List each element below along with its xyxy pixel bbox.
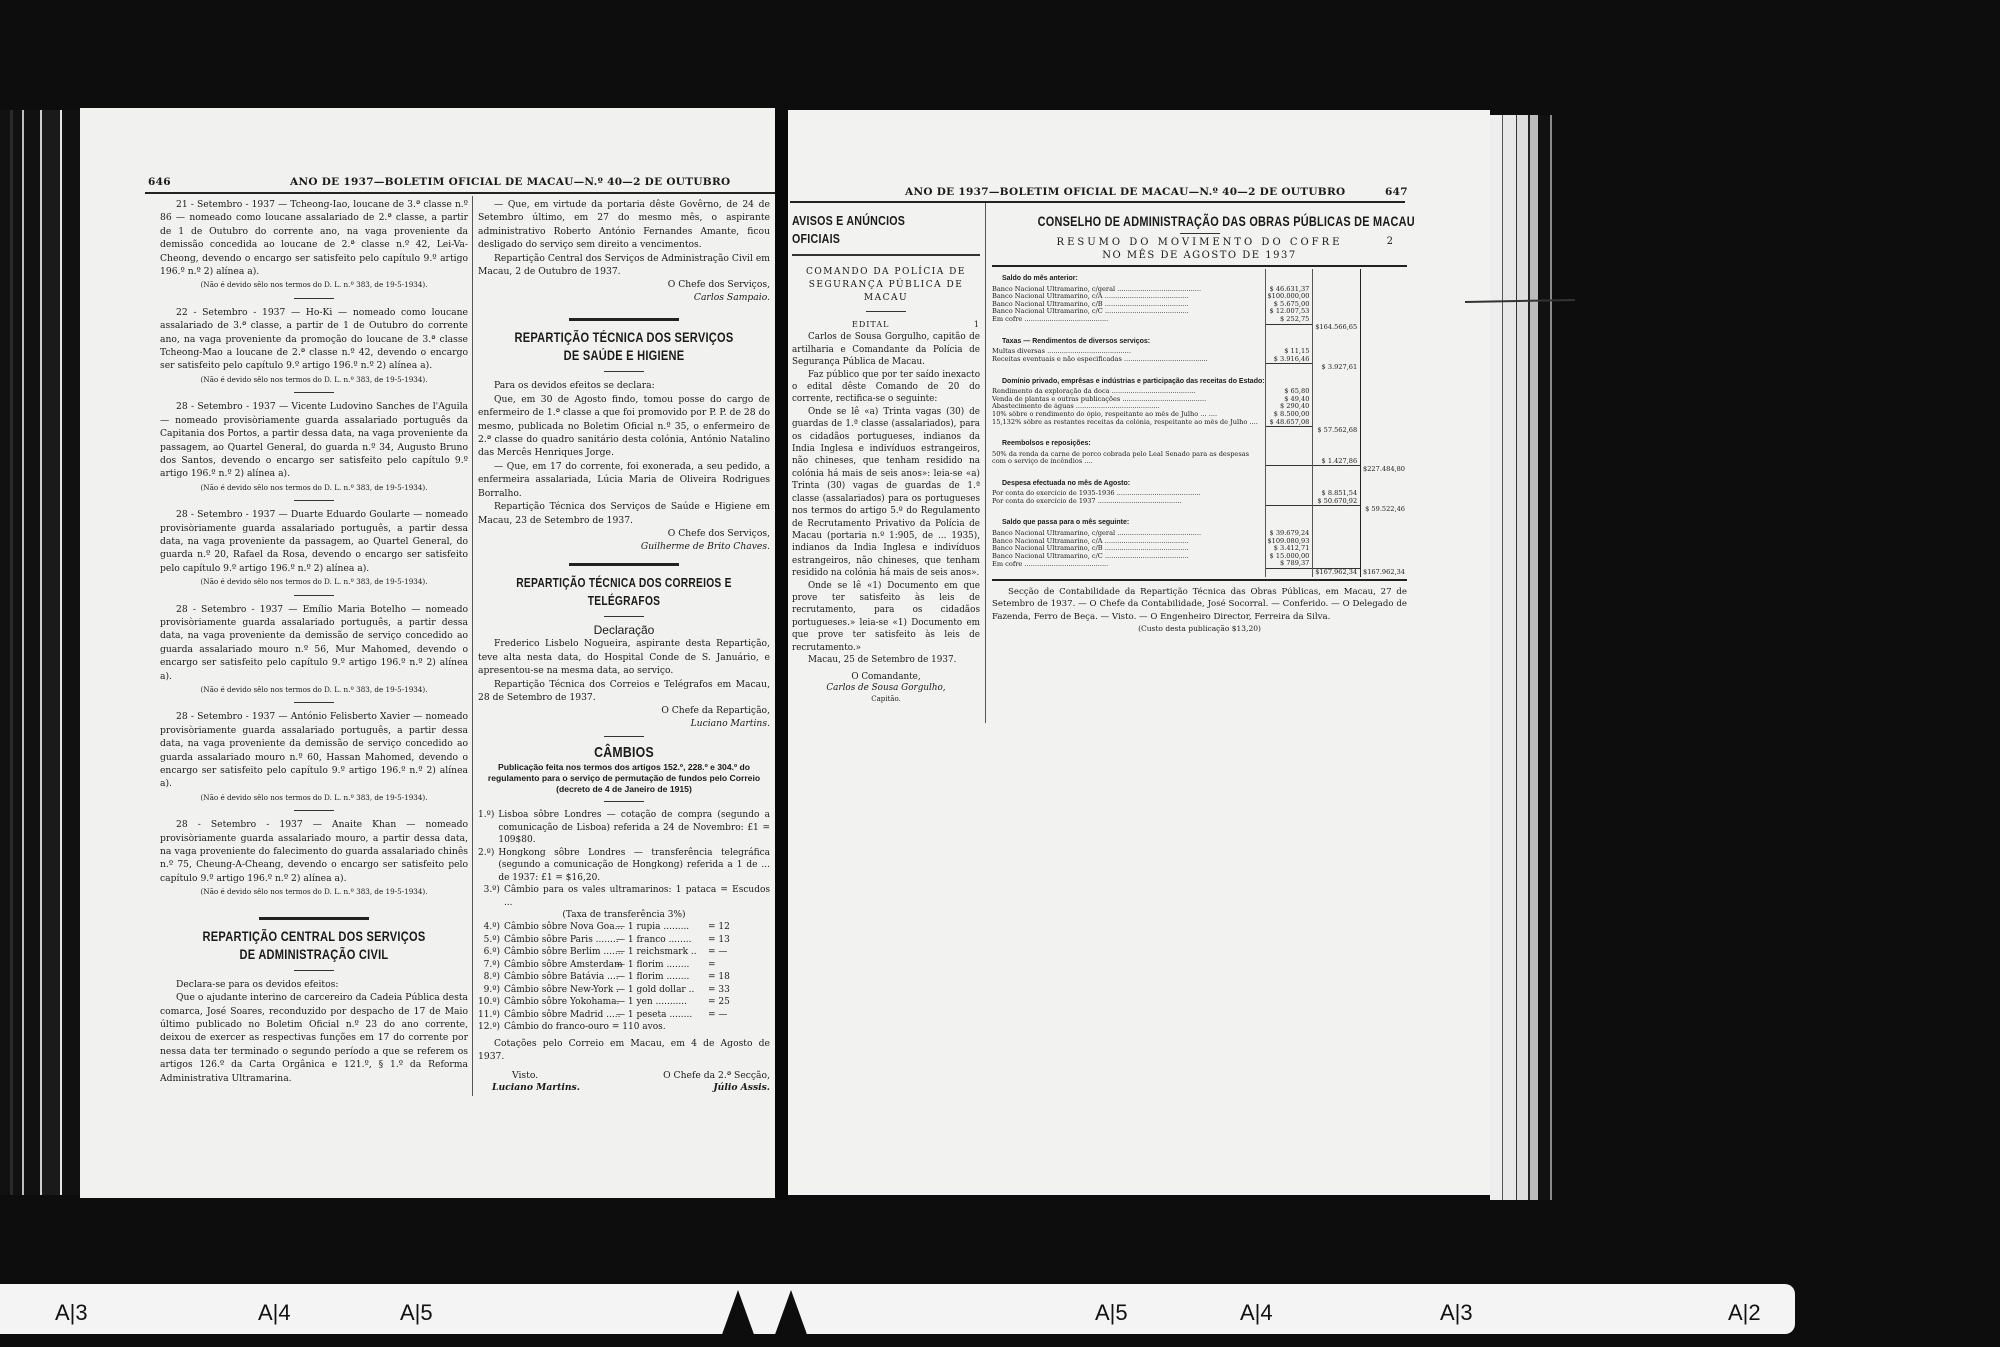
ledger-subtotal <box>1313 403 1361 411</box>
ledger-subtotal <box>1313 513 1361 530</box>
visto-block: Visto. Luciano Martins. <box>478 1070 580 1094</box>
ledger-label: Rendimento da exploração da doca .......… <box>992 388 1265 396</box>
cambio-item: 12.º)Câmbio do franco-ouro = 110 avos. <box>478 1021 770 1034</box>
cambios-subtitle: Publicação feita nos termos dos artigos … <box>478 762 770 795</box>
ledger-total <box>1361 388 1407 396</box>
ledger-total <box>1361 269 1407 286</box>
signature-title: O Chefe dos Serviços, <box>478 278 770 291</box>
ledger-total <box>1361 332 1407 349</box>
appointment-entry: 28 - Setembro - 1937 — Duarte Eduardo Go… <box>160 508 468 575</box>
ledger-subtotal <box>1313 293 1361 301</box>
ledger-total <box>1361 427 1407 435</box>
ledger-total <box>1361 324 1407 332</box>
ledger-label: Banco Nacional Ultramarino, c/C ........… <box>992 553 1265 561</box>
ledger-group-heading: Saldo do mês anterior: <box>992 269 1407 286</box>
ledger-amount <box>1265 332 1313 349</box>
ledger-total <box>1361 474 1407 491</box>
film-marker: A|2 <box>1728 1300 1761 1326</box>
ledger-subtotal: $ 57.562,68 <box>1313 427 1361 435</box>
ledger-subtotal <box>1313 372 1361 389</box>
ledger-total <box>1361 286 1407 294</box>
rate-row: 10.º)Câmbio sôbre Yokohama.— 1 yen .....… <box>478 996 770 1009</box>
separator <box>294 810 334 811</box>
ledger-total <box>1361 513 1407 530</box>
signature-block: O Chefe da Repartição, Luciano Martins. <box>478 704 770 730</box>
ledger-total <box>1361 403 1407 411</box>
ledger-total <box>1361 308 1407 316</box>
column-divider <box>472 196 473 1096</box>
ledger-total <box>1361 348 1407 356</box>
ledger-label <box>992 506 1265 514</box>
stamp-note: (Não é devido sêlo nos termos do D. L. n… <box>160 373 468 386</box>
paragraph: Para os devidos efeitos se declara: <box>478 379 770 392</box>
rate-row: 9.º)Câmbio sôbre New-York .— 1 gold doll… <box>478 984 770 997</box>
ledger-amount <box>1265 372 1313 389</box>
cambio-item: 1.º)Lisboa sôbre Londres — cotação de co… <box>478 809 770 847</box>
ledger-label: Banco Nacional Ultramarino, c/B ........… <box>992 301 1265 309</box>
film-marker: A|4 <box>1240 1300 1273 1326</box>
signature-title: O Chefe dos Serviços, <box>478 527 770 540</box>
ledger-amount <box>1265 269 1313 286</box>
ledger-subtotal-row: $227.484,80 <box>992 466 1407 474</box>
resumo-number: 2 <box>1387 236 1393 247</box>
ledger-subtotal <box>1313 388 1361 396</box>
ledger-subtotal <box>1313 474 1361 491</box>
separator <box>604 616 644 617</box>
ledger-label: Domínio privado, emprêsas e indústrias e… <box>992 372 1265 389</box>
left-running-header: ANO DE 1937—BOLETIM OFICIAL DE MACAU—N.º… <box>290 176 730 188</box>
subsection-title: COMANDO DA POLÍCIA DE <box>792 266 980 279</box>
ledger-subtotal: $164.566,65 <box>1313 324 1361 332</box>
separator <box>294 702 334 703</box>
publication-cost: (Custo desta publicação $13,20) <box>992 623 1407 636</box>
ledger-total <box>1361 419 1407 427</box>
separator <box>604 371 644 372</box>
section-title: DE ADMINISTRAÇÃO CIVIL <box>188 946 441 964</box>
ledger-row: Banco Nacional Ultramarino, c/A ........… <box>992 538 1407 546</box>
ledger-row: Banco Nacional Ultramarino, c/C ........… <box>992 553 1407 561</box>
ledger-group-heading: Taxas — Rendimentos de diversos serviços… <box>992 332 1407 349</box>
ledger-row: 10% sôbre o rendimento do ópio, respeita… <box>992 411 1407 419</box>
ledger-amount: $ 252,75 <box>1265 316 1313 324</box>
ledger-subtotal-row: $ 57.562,68 <box>992 427 1407 435</box>
rate-row: 4.º)Câmbio sôbre Nova Goa...— 1 rupia ..… <box>478 921 770 934</box>
ledger-subtotal <box>1313 348 1361 356</box>
signature-name: Carlos Sampaio. <box>694 292 770 303</box>
ledger-group-heading: Domínio privado, emprêsas e indústrias e… <box>992 372 1407 389</box>
signature-name: Luciano Martins. <box>691 718 770 729</box>
section-separator <box>259 917 369 920</box>
rate-row: 6.º)Câmbio sôbre Berlim .......— 1 reich… <box>478 946 770 959</box>
ledger-total: $167.962,34 <box>1361 569 1407 577</box>
ledger-table: Saldo do mês anterior:Banco Nacional Ult… <box>992 269 1407 577</box>
ledger-subtotal <box>1313 553 1361 561</box>
ledger-subtotal: $167.962,34 <box>1313 569 1361 577</box>
film-marker: A|5 <box>1095 1300 1128 1326</box>
ledger-group-heading: Saldo que passa para o mês seguinte: <box>992 513 1407 530</box>
ledger-label: Saldo que passa para o mês seguinte: <box>992 513 1265 530</box>
ledger-label: Banco Nacional Ultramarino, c/A ........… <box>992 538 1265 546</box>
column-divider <box>985 203 986 723</box>
ledger-group-heading: Reembolsos e reposições: <box>992 434 1407 451</box>
film-marker: A|3 <box>1440 1300 1473 1326</box>
ledger-subtotal <box>1313 286 1361 294</box>
paragraph: Carlos de Sousa Gorgulho, capitão de art… <box>792 331 980 368</box>
right-running-header: ANO DE 1937—BOLETIM OFICIAL DE MACAU—N.º… <box>905 186 1345 198</box>
ledger-total <box>1361 372 1407 389</box>
ledger-subtotal <box>1313 538 1361 546</box>
edital-heading: EDITAL1 <box>792 319 980 331</box>
ledger-subtotal: $ 3.927,61 <box>1313 364 1361 372</box>
appointment-entry: 28 - Setembro - 1937 — Vicente Ludovino … <box>160 400 468 480</box>
ledger-subtotal <box>1313 411 1361 419</box>
stamp-note: (Não é devido sêlo nos termos do D. L. n… <box>160 791 468 804</box>
ledger-subtotal <box>1313 332 1361 349</box>
ledger-label: Por conta do exercício de 1937 .........… <box>992 498 1265 506</box>
separator <box>294 500 334 501</box>
declaration-body: Que o ajudante interino de carcereiro da… <box>160 991 468 1085</box>
paragraph: Repartição Técnica dos Serviços de Saúde… <box>478 500 770 527</box>
ledger-amount <box>1265 451 1313 466</box>
section-title: CÂMBIOS <box>504 744 743 762</box>
avisos-column: AVISOS E ANÚNCIOS OFICIAIS COMANDO DA PO… <box>792 212 980 705</box>
ledger-subtotal: $ 1.427,86 <box>1313 451 1361 466</box>
section-title: CONSELHO DE ADMINISTRAÇÃO DAS OBRAS PÚBL… <box>1038 212 1362 230</box>
separator <box>294 392 334 393</box>
right-page-number: 647 <box>1385 186 1408 198</box>
ledger-subtotal-row: $ 3.927,61 <box>992 364 1407 372</box>
ledger-label <box>992 466 1265 474</box>
ledger-amount <box>1265 434 1313 451</box>
subsection-title: SEGURANÇA PÚBLICA DE MACAU <box>792 279 980 305</box>
stamp-note: (Não é devido sêlo nos termos do D. L. n… <box>160 481 468 494</box>
section-title: REPARTIÇÃO CENTRAL DOS SERVIÇOS <box>188 928 441 946</box>
paragraph: Faz público que por ter saído inexacto o… <box>792 369 980 406</box>
paragraph: Onde se lê «a) Trinta vagas (30) de guar… <box>792 406 980 580</box>
ledger-subtotal <box>1313 396 1361 404</box>
paragraph: — Que, em 17 do corrente, foi exonerada,… <box>478 460 770 500</box>
ledger-label <box>992 569 1265 577</box>
ledger-subtotal <box>1313 434 1361 451</box>
stamp-note: (Não é devido sêlo nos termos do D. L. n… <box>160 575 468 588</box>
ledger-amount: $ 48.657,08 <box>1265 419 1313 427</box>
ledger-total <box>1361 411 1407 419</box>
ledger-row: Abastecimento de águas .................… <box>992 403 1407 411</box>
film-marker: A|5 <box>400 1300 433 1326</box>
ledger-label: Banco Nacional Ultramarino, c/geral ....… <box>992 286 1265 294</box>
separator <box>294 595 334 596</box>
ledger-amount <box>1265 427 1313 435</box>
ledger-subtotal <box>1313 530 1361 538</box>
ledger-row: Rendimento da exploração da doca .......… <box>992 388 1407 396</box>
ledger-row: Banco Nacional Ultramarino, c/B ........… <box>992 301 1407 309</box>
ledger-total <box>1361 451 1407 466</box>
film-marker: A|4 <box>258 1300 291 1326</box>
ledger-label: 15,132% sôbre as restantes receitas da c… <box>992 419 1265 427</box>
ledger-subtotal <box>1313 308 1361 316</box>
ledger-label <box>992 364 1265 372</box>
ledger-subtotal <box>1313 506 1361 514</box>
header-rule <box>145 192 775 194</box>
left-page-number: 646 <box>148 176 171 188</box>
ledger-row: Banco Nacional Ultramarino, c/geral ....… <box>992 286 1407 294</box>
ledger-amount <box>1265 364 1313 372</box>
ledger-row: Banco Nacional Ultramarino, c/A ........… <box>992 293 1407 301</box>
ledger-row: Multas diversas ........................… <box>992 348 1407 356</box>
subheading: Declaração <box>478 624 770 637</box>
signature-block: O Chefe dos Serviços, Carlos Sampaio. <box>478 278 770 304</box>
signature-name: Guilherme de Brito Chaves. <box>641 541 770 552</box>
appointment-entry: 28 - Setembro - 1937 — António Felisbert… <box>160 710 468 790</box>
declaration-intro: Declara-se para os devidos efeitos: <box>160 978 468 991</box>
ledger-subtotal <box>1313 545 1361 553</box>
ledger-label: Banco Nacional Ultramarino, c/B ........… <box>992 545 1265 553</box>
ledger-total <box>1361 434 1407 451</box>
ledger-total <box>1361 490 1407 498</box>
resumo-title: RESUMO DO MOVIMENTO DO COFRE <box>992 236 1407 249</box>
ledger-label: Em cofre ...............................… <box>992 560 1265 568</box>
ledger-label: Por conta do exercício de 1935-1936 ....… <box>992 490 1265 498</box>
rate-row: 7.º)Câmbio sôbre Amsterdam— 1 florim ...… <box>478 959 770 972</box>
signature-title: O Chefe da Repartição, <box>478 704 770 717</box>
resumo-subtitle: NO MÊS DE AGOSTO DE 1937 <box>992 249 1407 262</box>
footer-attestation: Secção de Contabilidade da Repartição Té… <box>992 586 1407 624</box>
paragraph: Cotações pelo Correio em Macau, em 4 de … <box>478 1037 770 1064</box>
separator <box>294 298 334 299</box>
date-line: Macau, 25 de Setembro de 1937. <box>792 654 980 666</box>
signature-block: O Chefe dos Serviços, Guilherme de Brito… <box>478 527 770 553</box>
ledger-total <box>1361 301 1407 309</box>
ledger-total <box>1361 538 1407 546</box>
appointment-entry: 21 - Setembro - 1937 — Tcheong-Iao, louc… <box>160 198 468 278</box>
rate-row: 8.º)Câmbio sôbre Batávia ....— 1 florim … <box>478 971 770 984</box>
paragraph: — Que, em virtude da portaria dêste Govê… <box>478 198 770 252</box>
section-title: REPARTIÇÃO TÉCNICA DOS SERVIÇOS <box>504 329 743 347</box>
ledger-group-heading: Despesa efectuada no mês de Agosto: <box>992 474 1407 491</box>
rate-row: 5.º)Câmbio sôbre Paris ........— 1 franc… <box>478 934 770 947</box>
ledger-amount <box>1265 506 1313 514</box>
ledger-row: Banco Nacional Ultramarino, c/C ........… <box>992 308 1407 316</box>
section-separator <box>569 318 679 321</box>
ledger-label: 50% da renda da carne de porco cobrada p… <box>992 451 1265 466</box>
ledger-label <box>992 427 1265 435</box>
ledger-subtotal-row: $ 59.522,46 <box>992 506 1407 514</box>
separator <box>866 311 906 312</box>
ledger-row: Por conta do exercício de 1937 .........… <box>992 498 1407 506</box>
ledger-amount <box>1265 569 1313 577</box>
ledger-subtotal <box>1313 269 1361 286</box>
section-title: DE SAÚDE E HIGIENE <box>504 347 743 365</box>
ledger-subtotal <box>1313 466 1361 474</box>
appointment-entry: 22 - Setembro - 1937 — Ho-Ki — nomeado c… <box>160 306 468 373</box>
ledger-amount <box>1265 324 1313 332</box>
paragraph: Frederico Lisbelo Nogueira, aspirante de… <box>478 637 770 677</box>
ledger-label: Multas diversas ........................… <box>992 348 1265 356</box>
signature-block: O Chefe da 2.ª Secção, Júlio Assis. <box>663 1070 770 1094</box>
ledger-total <box>1361 356 1407 364</box>
ledger-subtotal-row: $164.566,65 <box>992 324 1407 332</box>
conselho-section: CONSELHO DE ADMINISTRAÇÃO DAS OBRAS PÚBL… <box>992 212 1407 636</box>
section-separator <box>569 563 679 566</box>
ledger-total <box>1361 545 1407 553</box>
ledger-label: Em cofre ...............................… <box>992 316 1265 324</box>
ledger-label: Abastecimento de águas .................… <box>992 403 1265 411</box>
ledger-row: Banco Nacional Ultramarino, c/geral ....… <box>992 530 1407 538</box>
ledger-total <box>1361 553 1407 561</box>
ledger-amount <box>1265 474 1313 491</box>
film-notch <box>773 1290 809 1340</box>
ledger-label: 10% sôbre o rendimento do ópio, respeita… <box>992 411 1265 419</box>
ledger-subtotal: $ 50.670,92 <box>1313 498 1361 506</box>
section-title: REPARTIÇÃO TÉCNICA DOS CORREIOS E TELÉGR… <box>504 574 743 610</box>
separator <box>604 736 644 737</box>
ledger-row: 50% da renda da carne de porco cobrada p… <box>992 451 1407 466</box>
ledger-subtotal-row: $167.962,34$167.962,34 <box>992 569 1407 577</box>
ledger-label: Venda de plantas e outras publicações ..… <box>992 396 1265 404</box>
stamp-note: (Não é devido sêlo nos termos do D. L. n… <box>160 885 468 898</box>
ledger-amount <box>1265 513 1313 530</box>
ledger-total: $227.484,80 <box>1361 466 1407 474</box>
cambio-item: 3.º)Câmbio para os vales ultramarinos: 1… <box>478 884 770 909</box>
rate-row: 11.º)Câmbio sôbre Madrid .....— 1 peseta… <box>478 1009 770 1022</box>
cambio-item: 2.º)Hongkong sôbre Londres — transferênc… <box>478 847 770 885</box>
ledger-total <box>1361 316 1407 324</box>
left-column-2: — Que, em virtude da portaria dêste Govê… <box>478 198 770 1094</box>
signature-block: O Comandante, Carlos de Sousa Gorgulho, … <box>792 672 980 705</box>
film-marker: A|3 <box>55 1300 88 1326</box>
section-title: AVISOS E ANÚNCIOS OFICIAIS <box>792 212 946 248</box>
ledger-row: Venda de plantas e outras publicações ..… <box>992 396 1407 404</box>
appointment-entry: 28 - Setembro - 1937 — Anaite Khan — nom… <box>160 818 468 885</box>
ledger-label: Banco Nacional Ultramarino, c/C ........… <box>992 308 1265 316</box>
left-column-1: 21 - Setembro - 1937 — Tcheong-Iao, louc… <box>160 198 468 1085</box>
ledger-label: Saldo do mês anterior: <box>992 269 1265 286</box>
ledger-amount <box>1265 490 1313 498</box>
stamp-note: (Não é devido sêlo nos termos do D. L. n… <box>160 683 468 696</box>
ledger-label: Receitas eventuais e não especificadas .… <box>992 356 1265 364</box>
ledger-amount <box>1265 498 1313 506</box>
ledger-label: Despesa efectuada no mês de Agosto: <box>992 474 1265 491</box>
header-rule <box>790 201 1405 203</box>
film-notch <box>720 1290 756 1340</box>
ledger-label: Banco Nacional Ultramarino, c/geral ....… <box>992 530 1265 538</box>
paragraph: Que, em 30 de Agosto findo, tomou posse … <box>478 393 770 460</box>
book-spine-left <box>0 110 85 1195</box>
transfer-rate-note: (Taxa de transferência 3%) <box>478 909 770 921</box>
ledger-label: Reembolsos e reposições: <box>992 434 1265 451</box>
paragraph: Repartição Técnica dos Correios e Telégr… <box>478 678 770 705</box>
ledger-label: Banco Nacional Ultramarino, c/A ........… <box>992 293 1265 301</box>
ledger-total <box>1361 396 1407 404</box>
book-gutter <box>775 120 788 1200</box>
ledger-total <box>1361 530 1407 538</box>
signature-pair: Visto. Luciano Martins. O Chefe da 2.ª S… <box>478 1070 770 1094</box>
separator <box>604 801 644 802</box>
ledger-amount <box>1265 466 1313 474</box>
page-edges-right <box>1490 115 1600 1200</box>
ledger-total <box>1361 293 1407 301</box>
stamp-note: (Não é devido sêlo nos termos do D. L. n… <box>160 278 468 291</box>
ledger-label <box>992 324 1265 332</box>
paragraph: Onde se lê «1) Documento em que prove te… <box>792 580 980 654</box>
ledger-amount: $ 789,37 <box>1265 560 1313 568</box>
ledger-row: Banco Nacional Ultramarino, c/B ........… <box>992 545 1407 553</box>
ledger-total <box>1361 364 1407 372</box>
ledger-amount: $ 3.916,46 <box>1265 356 1313 364</box>
ledger-label: Taxas — Rendimentos de diversos serviços… <box>992 332 1265 349</box>
ledger-total: $ 59.522,46 <box>1361 506 1407 514</box>
paragraph: Repartição Central dos Serviços de Admin… <box>478 252 770 279</box>
separator <box>294 970 334 971</box>
appointment-entry: 28 - Setembro - 1937 — Emílio Maria Bote… <box>160 603 468 683</box>
ledger-subtotal <box>1313 301 1361 309</box>
